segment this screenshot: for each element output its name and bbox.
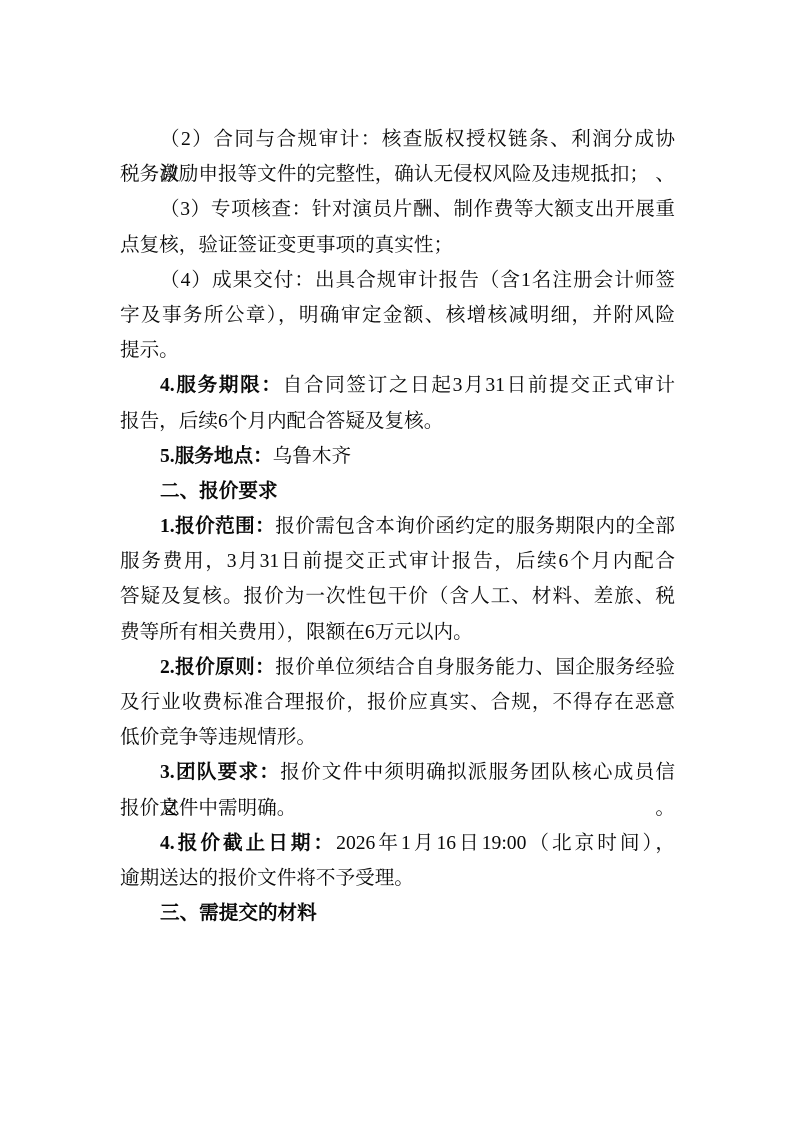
item-text: 2026年1月16日19:00（北京时间），: [336, 833, 675, 854]
text-line: 点复核，验证签证变更事项的真实性；: [120, 228, 675, 263]
document-page: （2）合同与合规审计：核查版权授权链条、利润分成协议、 税务激励申报等文件的完整…: [0, 0, 793, 1122]
text-line: 4.服务期限：自合同签订之日起3月31日前提交正式审计: [120, 368, 675, 403]
item-label: 3.团队要求：: [160, 762, 280, 783]
text-line: 税务激励申报等文件的完整性，确认无侵权风险及违规抵扣；: [120, 157, 675, 192]
document-body: （2）合同与合规审计：核查版权授权链条、利润分成协议、 税务激励申报等文件的完整…: [120, 122, 675, 931]
paragraph-special-review: （3）专项核查：针对演员片酬、制作费等大额支出开展重 点复核，验证签证变更事项的…: [120, 192, 675, 262]
text-line: 答疑及复核。报价为一次性包干价（含人工、材料、差旅、税: [120, 579, 675, 614]
paragraph-team-requirements: 3.团队要求：报价文件中须明确拟派服务团队核心成员信息。 报价文件中需明确。: [120, 755, 675, 825]
paragraph-deliverables: （4）成果交付：出具合规审计报告（含1名注册会计师签 字及事务所公章），明确审定…: [120, 263, 675, 369]
text-line: 3.团队要求：报价文件中须明确拟派服务团队核心成员信息。: [120, 755, 675, 790]
text-line: （2）合同与合规审计：核查版权授权链条、利润分成协议、: [120, 122, 675, 157]
item-text: 乌鲁木齐: [273, 446, 351, 467]
item-label: 5.服务地点：: [160, 446, 273, 467]
item-label: 1.报价范围：: [160, 516, 275, 537]
paragraph-quotation-deadline: 4.报价截止日期：2026年1月16日19:00（北京时间）， 逾期送达的报价文…: [120, 826, 675, 896]
section-heading-materials-to-submit: 三、需提交的材料: [120, 896, 675, 931]
item-text: 报价单位须结合自身服务能力、国企服务经验: [275, 657, 675, 678]
text-line: 2.报价原则：报价单位须结合自身服务能力、国企服务经验: [120, 650, 675, 685]
text-line: 低价竞争等违规情形。: [120, 720, 675, 755]
paragraph-contract-compliance-audit: （2）合同与合规审计：核查版权授权链条、利润分成协议、 税务激励申报等文件的完整…: [120, 122, 675, 192]
item-label: 2.报价原则：: [160, 657, 275, 678]
paragraph-quotation-principles: 2.报价原则：报价单位须结合自身服务能力、国企服务经验 及行业收费标准合理报价，…: [120, 650, 675, 756]
text-line: 4.报价截止日期：2026年1月16日19:00（北京时间），: [120, 826, 675, 861]
paragraph-service-location: 5.服务地点：乌鲁木齐: [120, 439, 675, 474]
text-line: 费等所有相关费用），限额在6万元以内。: [120, 615, 675, 650]
text-line: 报告，后续6个月内配合答疑及复核。: [120, 404, 675, 439]
text-line: 字及事务所公章），明确审定金额、核增核减明细，并附风险: [120, 298, 675, 333]
text-line: 提示。: [120, 333, 675, 368]
item-label: 4.报价截止日期：: [160, 833, 336, 854]
text-line: （3）专项核查：针对演员片酬、制作费等大额支出开展重: [120, 192, 675, 227]
item-text: 自合同签订之日起3月31日前提交正式审计: [283, 375, 675, 396]
text-line: 1.报价范围：报价需包含本询价函约定的服务期限内的全部: [120, 509, 675, 544]
item-text: 报价需包含本询价函约定的服务期限内的全部: [275, 516, 675, 537]
text-line: 服务费用，3月31日前提交正式审计报告，后续6个月内配合: [120, 544, 675, 579]
text-line: 5.服务地点：乌鲁木齐: [120, 439, 675, 474]
paragraph-service-period: 4.服务期限：自合同签订之日起3月31日前提交正式审计 报告，后续6个月内配合答…: [120, 368, 675, 438]
item-label: 4.服务期限：: [160, 375, 283, 396]
section-heading-quotation-requirements: 二、报价要求: [120, 474, 675, 509]
text-line: （4）成果交付：出具合规审计报告（含1名注册会计师签: [120, 263, 675, 298]
text-line: 及行业收费标准合理报价，报价应真实、合规，不得存在恶意: [120, 685, 675, 720]
text-line: 逾期送达的报价文件将不予受理。: [120, 861, 675, 896]
paragraph-quotation-scope: 1.报价范围：报价需包含本询价函约定的服务期限内的全部 服务费用，3月31日前提…: [120, 509, 675, 650]
